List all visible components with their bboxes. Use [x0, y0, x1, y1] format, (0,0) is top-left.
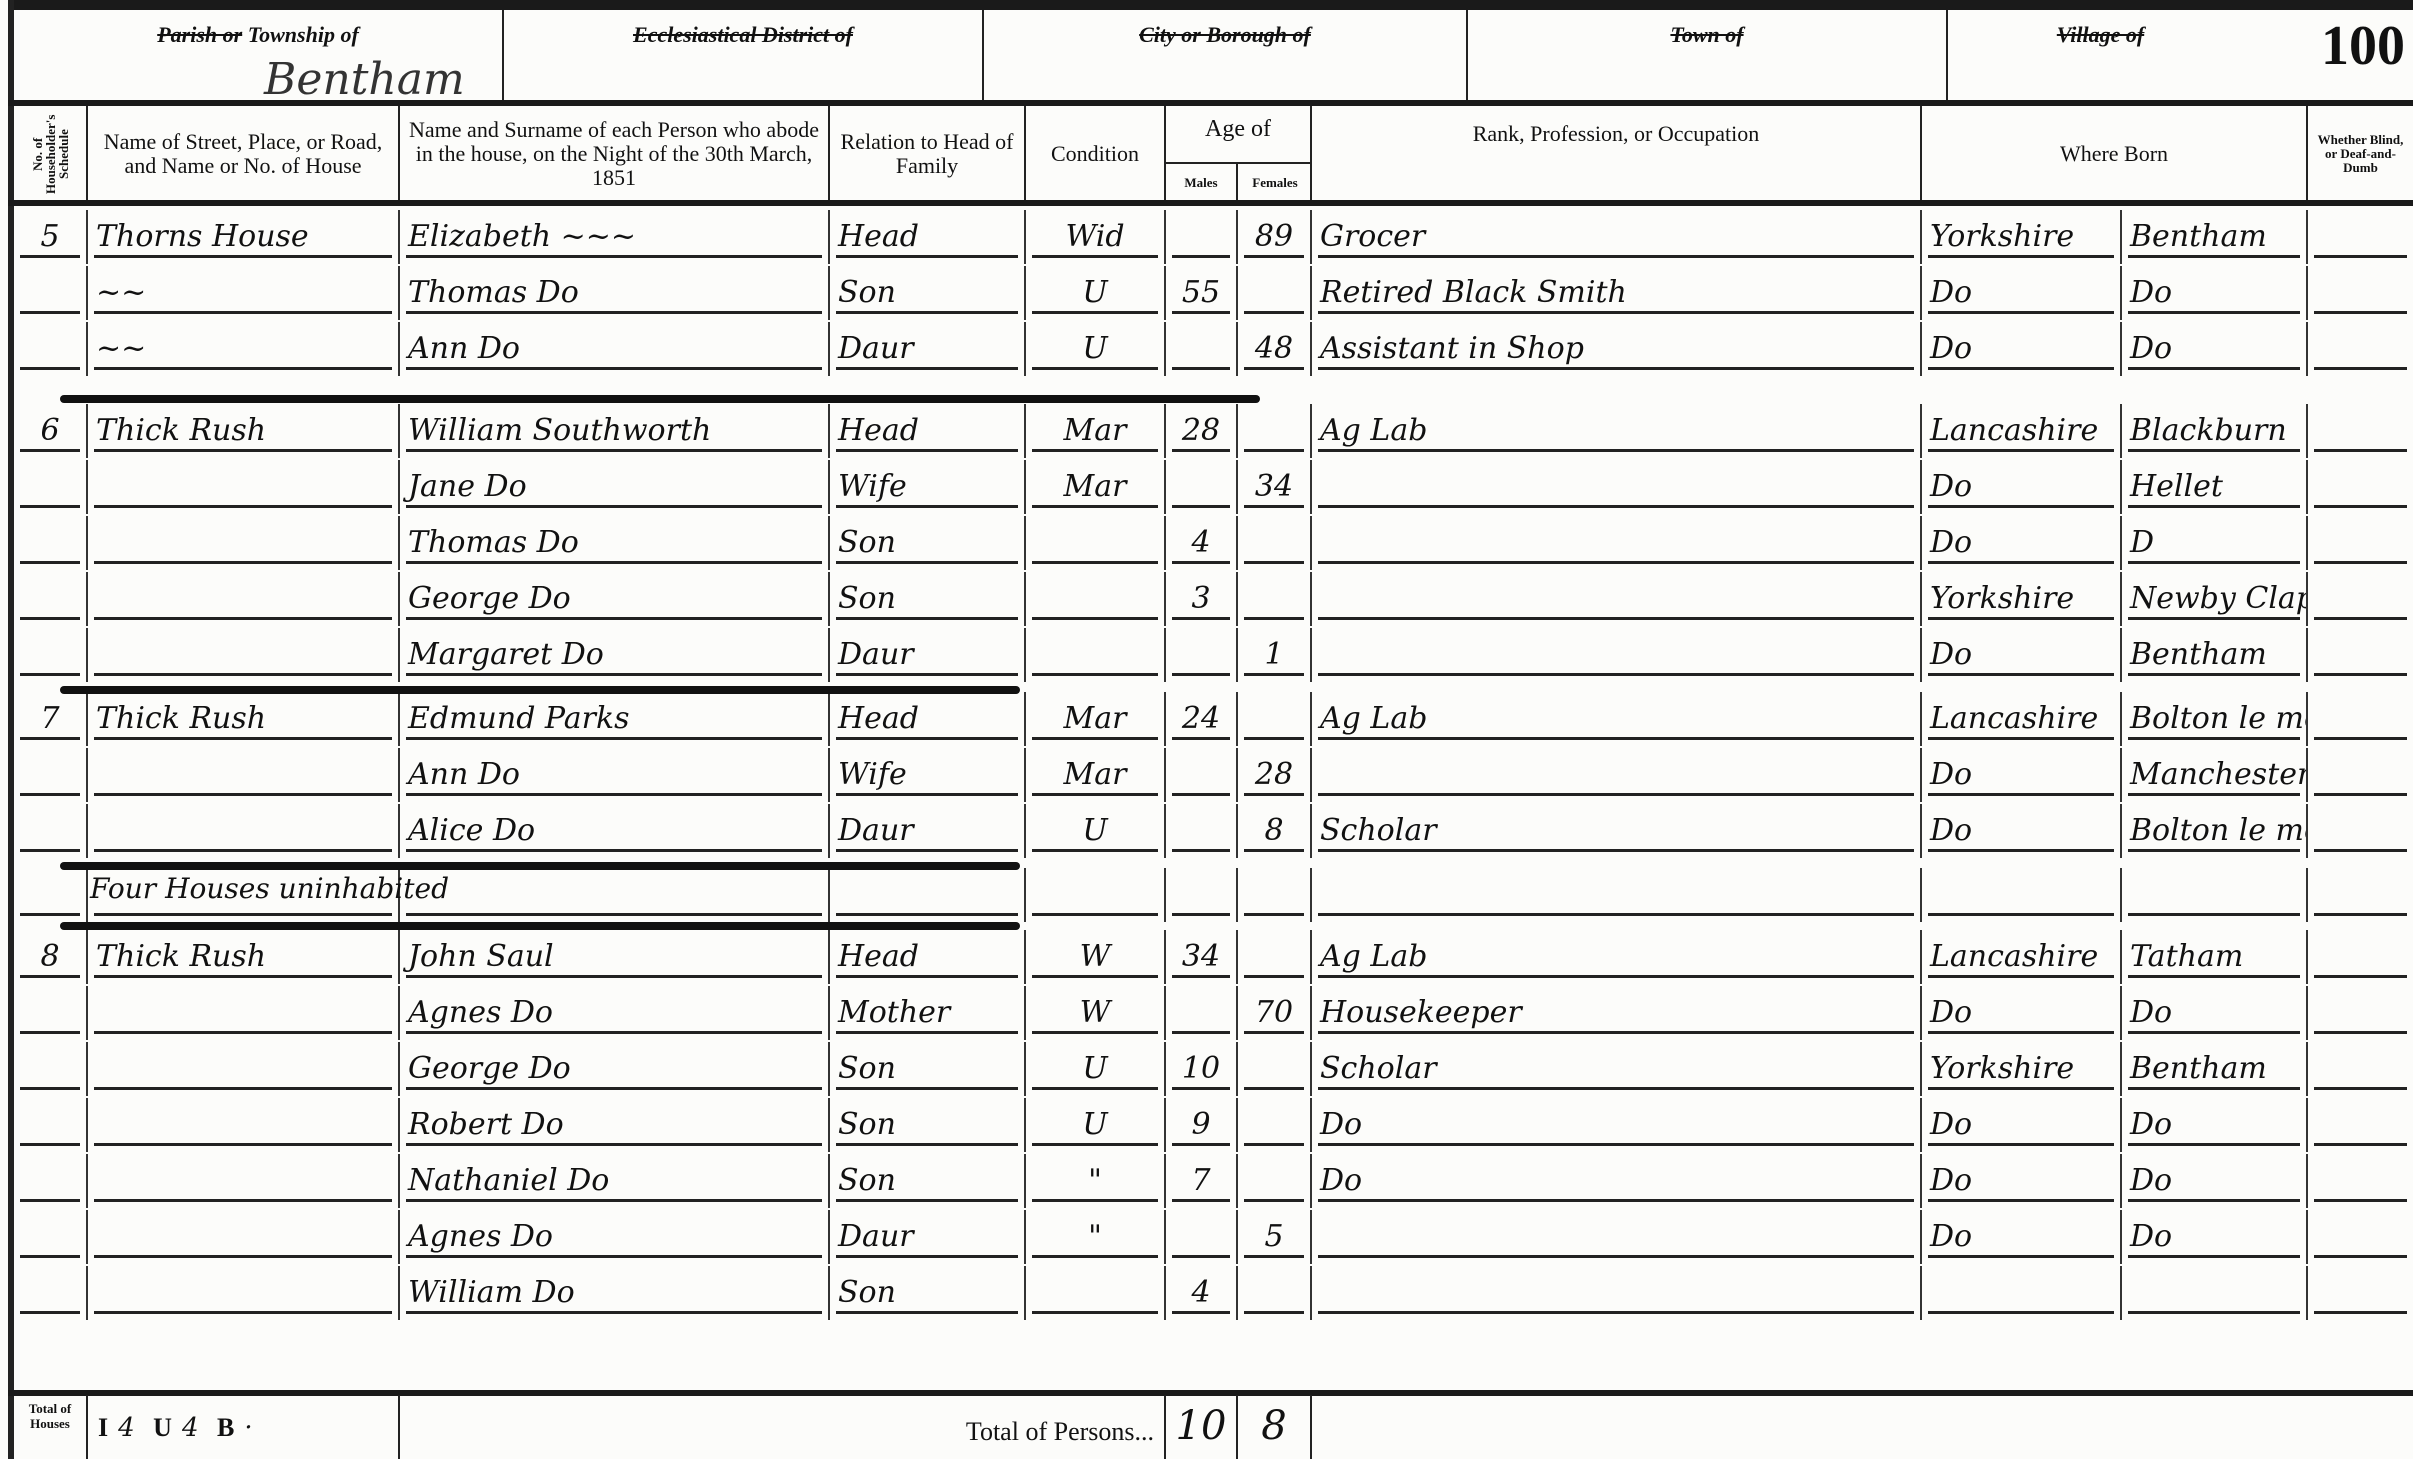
col-condition: Condition — [1026, 106, 1166, 202]
entry-line — [1318, 673, 1914, 676]
cell-occupation — [1312, 1266, 1922, 1320]
entry-line — [94, 367, 392, 370]
entry-line — [2128, 1255, 2300, 1258]
entry-line — [2128, 1087, 2300, 1090]
cell-street — [88, 1098, 400, 1152]
cell-blind — [2308, 1042, 2413, 1096]
entry-line — [94, 737, 392, 740]
col-occupation: Rank, Profession, or Occupation — [1312, 106, 1922, 202]
entry-line — [406, 255, 822, 258]
cell-street — [88, 1210, 400, 1264]
entry-line — [1244, 1199, 1304, 1202]
entry-line — [1928, 311, 2114, 314]
cell-occupation — [1312, 516, 1922, 570]
entry-line — [1318, 255, 1914, 258]
cell-schedule — [14, 804, 88, 858]
houses-uninhabited: 4 — [182, 1413, 201, 1443]
cell-blind — [2308, 572, 2413, 626]
cell-occupation: Ag Lab — [1312, 930, 1922, 984]
entry-line — [1172, 1087, 1230, 1090]
cell-street: Thorns House — [88, 210, 400, 264]
entry-line — [1928, 737, 2114, 740]
cell-street — [88, 516, 400, 570]
entry-line — [94, 1311, 392, 1314]
entry-line — [20, 849, 80, 852]
entry-line — [836, 673, 1018, 676]
entry-line — [1172, 673, 1230, 676]
entry-line — [1032, 849, 1158, 852]
cell-female-age: 70 — [1238, 986, 1312, 1040]
entry-line — [406, 367, 822, 370]
cell-born-place: Manchester — [2122, 748, 2308, 802]
cell-male-age — [1166, 460, 1238, 514]
entry-line — [2128, 1031, 2300, 1034]
entry-line — [20, 1255, 80, 1258]
cell-schedule — [14, 868, 88, 922]
cell-street — [88, 460, 400, 514]
entry-line — [94, 673, 392, 676]
cell-condition: W — [1026, 930, 1166, 984]
entry-line — [406, 617, 822, 620]
entry-line — [1244, 561, 1304, 564]
cell-name: William Do — [400, 1266, 830, 1320]
cell-name — [400, 868, 830, 922]
entry-line — [406, 1087, 822, 1090]
entry-line — [20, 617, 80, 620]
cell-female-age — [1238, 868, 1312, 922]
entry-line — [836, 849, 1018, 852]
cell-street — [88, 986, 400, 1040]
entry-line — [836, 1031, 1018, 1034]
entry-line — [1928, 1031, 2114, 1034]
entry-line — [1172, 505, 1230, 508]
entry-line — [406, 1031, 822, 1034]
cell-born-place — [2122, 1266, 2308, 1320]
entry-line — [2128, 367, 2300, 370]
cell-occupation: Do — [1312, 1098, 1922, 1152]
cell-relation: Son — [830, 516, 1026, 570]
entry-line — [1172, 255, 1230, 258]
cell-born-place: Do — [2122, 322, 2308, 376]
cell-male-age — [1166, 804, 1238, 858]
entry-line — [94, 975, 392, 978]
entry-line — [2314, 367, 2407, 370]
entry-line — [1244, 367, 1304, 370]
cell-occupation: Retired Black Smith — [1312, 266, 1922, 320]
cell-female-age: 48 — [1238, 322, 1312, 376]
cell-occupation — [1312, 572, 1922, 626]
entry-line — [2128, 793, 2300, 796]
entry-line — [94, 1143, 392, 1146]
entry-line — [2128, 1143, 2300, 1146]
entry-line — [2128, 1199, 2300, 1202]
entry-line — [1928, 367, 2114, 370]
household-separator — [60, 395, 1260, 403]
cell-born-place: D — [2122, 516, 2308, 570]
cell-schedule — [14, 1266, 88, 1320]
entry-line — [1244, 449, 1304, 452]
cell-relation: Mother — [830, 986, 1026, 1040]
cell-blind — [2308, 266, 2413, 320]
entry-line — [20, 737, 80, 740]
cell-relation: Son — [830, 572, 1026, 626]
cell-male-age — [1166, 986, 1238, 1040]
household-separator — [60, 862, 1020, 870]
cell-male-age — [1166, 210, 1238, 264]
entry-line — [1318, 617, 1914, 620]
entry-line — [2314, 561, 2407, 564]
cell-born-county — [1922, 868, 2122, 922]
cell-blind — [2308, 516, 2413, 570]
household-separator — [60, 686, 1020, 694]
entry-line — [406, 311, 822, 314]
cell-blind — [2308, 628, 2413, 682]
cell-occupation: Do — [1312, 1154, 1922, 1208]
cell-name: William Southworth — [400, 404, 830, 458]
entry-line — [1928, 913, 2114, 916]
household-separator — [60, 922, 1020, 930]
cell-relation: Daur — [830, 322, 1026, 376]
cell-name: Ann Do — [400, 322, 830, 376]
cell-born-place: Do — [2122, 266, 2308, 320]
cell-female-age — [1238, 404, 1312, 458]
cell-relation: Wife — [830, 748, 1026, 802]
cell-schedule — [14, 628, 88, 682]
entry-line — [1172, 737, 1230, 740]
entry-line — [2314, 793, 2407, 796]
entry-line — [20, 673, 80, 676]
entry-line — [836, 255, 1018, 258]
cell-relation — [830, 868, 1026, 922]
entry-line — [1172, 849, 1230, 852]
cell-blind — [2308, 1210, 2413, 1264]
entry-line — [1172, 449, 1230, 452]
entry-line — [1032, 1311, 1158, 1314]
entry-line — [1032, 617, 1158, 620]
cell-born-county: Do — [1922, 460, 2122, 514]
entry-line — [2314, 505, 2407, 508]
entry-line — [94, 1255, 392, 1258]
entry-line — [94, 913, 392, 916]
cell-condition: U — [1026, 804, 1166, 858]
cell-born-place: Do — [2122, 1154, 2308, 1208]
entry-line — [20, 367, 80, 370]
locality-parish-label: Parish or Township of — [14, 22, 502, 48]
entry-line — [406, 1143, 822, 1146]
cell-blind — [2308, 804, 2413, 858]
cell-schedule — [14, 1154, 88, 1208]
entry-line — [20, 449, 80, 452]
entry-line — [2314, 449, 2407, 452]
entry-line — [94, 617, 392, 620]
entry-line — [2128, 617, 2300, 620]
entry-line — [94, 1199, 392, 1202]
cell-condition: Mar — [1026, 460, 1166, 514]
entry-line — [2314, 849, 2407, 852]
cell-born-place: Blackburn — [2122, 404, 2308, 458]
cell-blind — [2308, 460, 2413, 514]
cell-born-county: Do — [1922, 1098, 2122, 1152]
entry-line — [836, 975, 1018, 978]
cell-name: Margaret Do — [400, 628, 830, 682]
cell-street — [88, 748, 400, 802]
cell-female-age — [1238, 1042, 1312, 1096]
entry-line — [2128, 561, 2300, 564]
cell-born-county: Do — [1922, 266, 2122, 320]
entry-line — [1318, 1031, 1914, 1034]
entry-line — [1928, 1199, 2114, 1202]
entry-line — [1318, 561, 1914, 564]
entry-line — [836, 505, 1018, 508]
total-females: 8 — [1238, 1395, 1312, 1459]
entry-line — [94, 505, 392, 508]
entry-line — [2128, 673, 2300, 676]
locality-city-borough: City or Borough of — [984, 10, 1468, 102]
cell-schedule — [14, 1098, 88, 1152]
cell-male-age — [1166, 628, 1238, 682]
cell-name: Alice Do — [400, 804, 830, 858]
entry-line — [836, 1143, 1018, 1146]
cell-schedule: 6 — [14, 404, 88, 458]
entry-line — [20, 561, 80, 564]
cell-condition: U — [1026, 1098, 1166, 1152]
col-age-label: Age of — [1166, 116, 1310, 143]
entry-line — [2128, 1311, 2300, 1314]
entry-line — [1172, 1031, 1230, 1034]
cell-occupation: Assistant in Shop — [1312, 322, 1922, 376]
cell-female-age — [1238, 1154, 1312, 1208]
entry-line — [2314, 1031, 2407, 1034]
cell-born-place: Tatham — [2122, 930, 2308, 984]
cell-street — [88, 1154, 400, 1208]
entry-line — [94, 311, 392, 314]
entry-line — [1244, 849, 1304, 852]
cell-blind — [2308, 868, 2413, 922]
entry-line — [1032, 505, 1158, 508]
cell-female-age: 8 — [1238, 804, 1312, 858]
total-persons-label: Total of Persons... — [400, 1395, 1166, 1459]
cell-name: Ann Do — [400, 748, 830, 802]
cell-male-age: 34 — [1166, 930, 1238, 984]
total-houses-label: Total of Houses — [14, 1395, 88, 1459]
entry-line — [1928, 449, 2114, 452]
entry-line — [1032, 793, 1158, 796]
entry-line — [1244, 617, 1304, 620]
cell-name: John Saul — [400, 930, 830, 984]
cell-condition: " — [1026, 1154, 1166, 1208]
locality-ecclesiastical-label: Ecclesiastical District of — [504, 22, 982, 48]
entry-line — [1172, 561, 1230, 564]
entry-line — [1032, 913, 1158, 916]
cell-street — [88, 804, 400, 858]
entry-line — [1928, 1255, 2114, 1258]
col-age-females: Females — [1238, 162, 1312, 202]
cell-relation: Head — [830, 210, 1026, 264]
entry-line — [836, 913, 1018, 916]
houses-inhabited: 4 — [118, 1413, 137, 1443]
entry-line — [2314, 975, 2407, 978]
entry-line — [836, 1255, 1018, 1258]
cell-occupation: Scholar — [1312, 1042, 1922, 1096]
cell-born-place: Newby Clapham — [2122, 572, 2308, 626]
locality-city-label: City or Borough of — [984, 22, 1466, 48]
entry-line — [1032, 1143, 1158, 1146]
entry-line — [1928, 505, 2114, 508]
cell-born-place: Do — [2122, 1210, 2308, 1264]
cell-street — [88, 628, 400, 682]
cell-blind — [2308, 748, 2413, 802]
entry-line — [1318, 1199, 1914, 1202]
cell-condition: W — [1026, 986, 1166, 1040]
cell-relation: Head — [830, 930, 1026, 984]
houses-building: · — [244, 1413, 254, 1443]
col-schedule: No. of Householder's Schedule — [14, 106, 88, 202]
entry-line — [836, 311, 1018, 314]
entry-line — [1928, 1311, 2114, 1314]
entry-line — [2128, 849, 2300, 852]
cell-occupation: Housekeeper — [1312, 986, 1922, 1040]
entry-line — [94, 849, 392, 852]
cell-born-county: Lancashire — [1922, 692, 2122, 746]
cell-occupation — [1312, 628, 1922, 682]
entry-line — [1244, 975, 1304, 978]
census-page: Parish or Township of Bentham Ecclesiast… — [0, 0, 2413, 1459]
cell-born-place: Bentham — [2122, 210, 2308, 264]
entry-line — [1928, 1087, 2114, 1090]
total-males: 10 — [1166, 1395, 1238, 1459]
entry-line — [406, 561, 822, 564]
entry-line — [1032, 1031, 1158, 1034]
cell-born-place: Do — [2122, 986, 2308, 1040]
cell-female-age — [1238, 1266, 1312, 1320]
entry-line — [836, 617, 1018, 620]
entry-line — [1032, 311, 1158, 314]
entry-line — [1032, 449, 1158, 452]
entry-line — [94, 1087, 392, 1090]
entry-line — [1032, 1255, 1158, 1258]
cell-schedule — [14, 516, 88, 570]
cell-female-age: 1 — [1238, 628, 1312, 682]
entry-line — [20, 913, 80, 916]
cell-street — [88, 1266, 400, 1320]
col-street: Name of Street, Place, or Road, and Name… — [88, 106, 400, 202]
cell-relation: Head — [830, 404, 1026, 458]
cell-condition: U — [1026, 322, 1166, 376]
entry-line — [406, 1255, 822, 1258]
cell-born-county: Do — [1922, 628, 2122, 682]
cell-born-county: Yorkshire — [1922, 210, 2122, 264]
cell-occupation: Scholar — [1312, 804, 1922, 858]
entry-line — [94, 255, 392, 258]
entry-line — [406, 913, 822, 916]
cell-name: Nathaniel Do — [400, 1154, 830, 1208]
entry-line — [2128, 913, 2300, 916]
entry-line — [1032, 367, 1158, 370]
entry-line — [1032, 561, 1158, 564]
cell-street: Thick Rush — [88, 404, 400, 458]
entry-line — [1172, 1199, 1230, 1202]
entry-line — [1244, 1311, 1304, 1314]
cell-schedule — [14, 1042, 88, 1096]
entry-line — [1244, 1143, 1304, 1146]
cell-blind — [2308, 1098, 2413, 1152]
locality-town-label: Town of — [1468, 22, 1946, 48]
cell-female-age: 28 — [1238, 748, 1312, 802]
cell-schedule — [14, 1210, 88, 1264]
entry-line — [1032, 255, 1158, 258]
entry-line — [20, 1087, 80, 1090]
entry-line — [20, 793, 80, 796]
entry-line — [1244, 1031, 1304, 1034]
cell-female-age — [1238, 516, 1312, 570]
cell-schedule — [14, 986, 88, 1040]
cell-street: ~~ — [88, 266, 400, 320]
entry-line — [1244, 255, 1304, 258]
entry-line — [1928, 617, 2114, 620]
entry-line — [1172, 913, 1230, 916]
entry-line — [1032, 1199, 1158, 1202]
entry-line — [20, 975, 80, 978]
cell-female-age — [1238, 692, 1312, 746]
cell-street: Thick Rush — [88, 692, 400, 746]
entry-line — [836, 1199, 1018, 1202]
entry-line — [1244, 1255, 1304, 1258]
cell-schedule — [14, 266, 88, 320]
entry-line — [20, 1199, 80, 1202]
entry-line — [1172, 367, 1230, 370]
entry-line — [1244, 673, 1304, 676]
entry-line — [2128, 737, 2300, 740]
cell-condition — [1026, 516, 1166, 570]
locality-village-label: Village of — [1948, 22, 2253, 48]
entry-line — [2128, 311, 2300, 314]
locality-town: Town of — [1468, 10, 1948, 102]
cell-female-age: 5 — [1238, 1210, 1312, 1264]
cell-relation: Son — [830, 1266, 1026, 1320]
entry-line — [20, 311, 80, 314]
locality-parish-value: Bentham — [264, 54, 465, 105]
entry-line — [1318, 311, 1914, 314]
entry-line — [94, 449, 392, 452]
entry-line — [406, 449, 822, 452]
cell-relation: Head — [830, 692, 1026, 746]
cell-name: Agnes Do — [400, 1210, 830, 1264]
entry-line — [406, 737, 822, 740]
cell-female-age: 34 — [1238, 460, 1312, 514]
cell-female-age: 89 — [1238, 210, 1312, 264]
col-where-born: Where Born — [1922, 106, 2308, 202]
cell-relation: Son — [830, 266, 1026, 320]
cell-street: Thick Rush — [88, 930, 400, 984]
cell-occupation: Ag Lab — [1312, 404, 1922, 458]
cell-name: Elizabeth ~~~ — [400, 210, 830, 264]
entry-line — [20, 1143, 80, 1146]
entry-line — [1172, 617, 1230, 620]
cell-male-age: 3 — [1166, 572, 1238, 626]
cell-male-age — [1166, 1210, 1238, 1264]
cell-female-age — [1238, 930, 1312, 984]
cell-blind — [2308, 322, 2413, 376]
locality-parish: Parish or Township of Bentham — [14, 10, 504, 102]
cell-blind — [2308, 404, 2413, 458]
entry-line — [1928, 255, 2114, 258]
entry-line — [1244, 913, 1304, 916]
entry-line — [1172, 793, 1230, 796]
cell-relation: Daur — [830, 804, 1026, 858]
entry-line — [1244, 505, 1304, 508]
entry-line — [94, 793, 392, 796]
entry-line — [836, 1311, 1018, 1314]
